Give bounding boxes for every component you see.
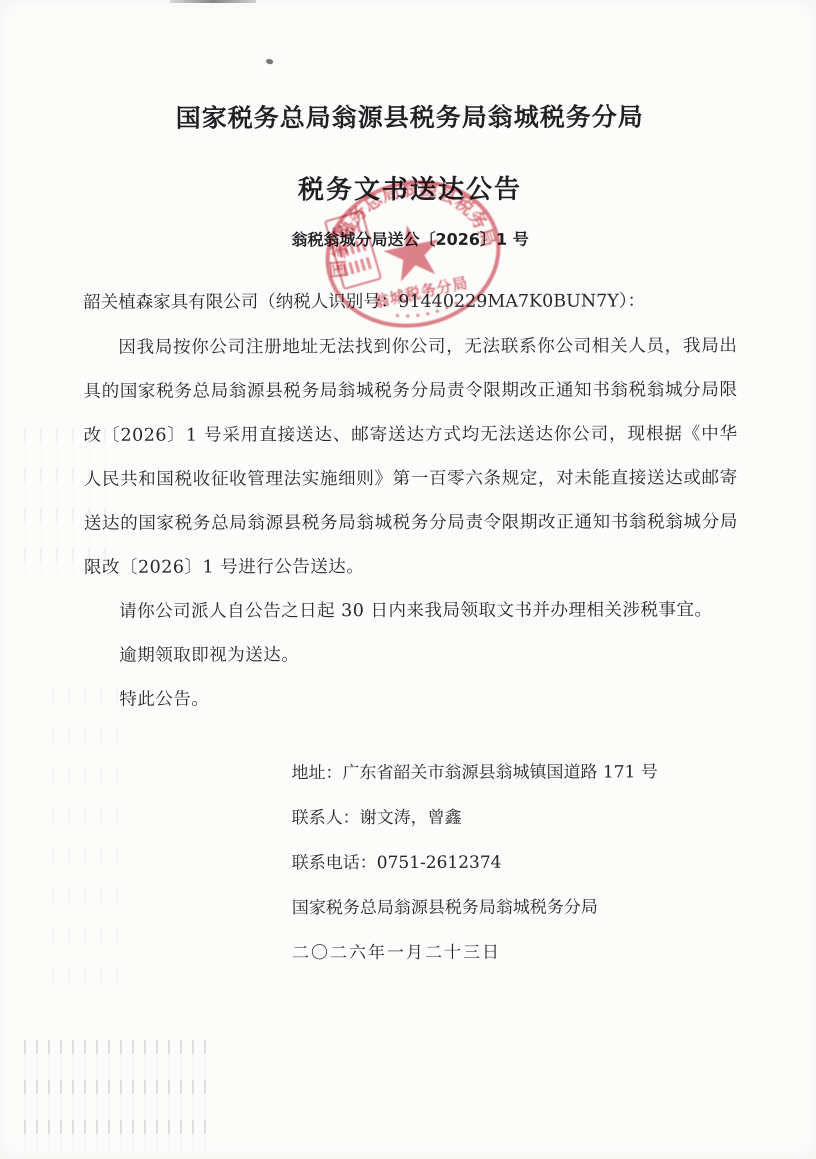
body-paragraph-2: 请你公司派人自公告之日起 30 日内来我局领取文书并办理相关涉税事宜。 bbox=[84, 588, 738, 634]
body-paragraph-3: 逾期领取即视为送达。 bbox=[84, 632, 738, 678]
recipient-line: 韶关植森家具有限公司（纳税人识别号：91440229MA7K0BUN7Y）： bbox=[83, 279, 737, 326]
issue-date-line: 二〇二六年一月二十三日 bbox=[292, 930, 739, 976]
contact-phone-line: 联系电话：0751-2612374 bbox=[292, 840, 739, 886]
issuer-line: 国家税务总局翁源县税务局翁城税务分局 bbox=[292, 885, 739, 931]
body-paragraph-1: 因我局按你公司注册地址无法找到你公司，无法联系你公司相关人员，我局出具的国家税务… bbox=[83, 324, 738, 590]
scanned-document-page: 国家税务总局翁源县税务局翁城税务分局 税务文书送达公告 翁税翁城分局送公〔202… bbox=[0, 0, 816, 1159]
body-paragraph-4: 特此公告。 bbox=[84, 676, 738, 722]
document-number: 翁税翁城分局送公〔2026〕1 号 bbox=[83, 227, 737, 253]
signature-block: 地址：广东省韶关市翁源县翁城镇国道路 171 号 联系人：谢文涛，曾鑫 联系电话… bbox=[291, 750, 739, 976]
address-line: 地址：广东省韶关市翁源县翁城镇国道路 171 号 bbox=[291, 750, 738, 796]
contact-person-line: 联系人：谢文涛，曾鑫 bbox=[292, 795, 739, 841]
document-title-agency: 国家税务总局翁源县税务局翁城税务分局 bbox=[83, 97, 737, 139]
document-content: 国家税务总局翁源县税务局翁城税务分局 税务文书送达公告 翁税翁城分局送公〔202… bbox=[0, 0, 816, 1159]
document-title-notice: 税务文书送达公告 bbox=[83, 169, 737, 211]
